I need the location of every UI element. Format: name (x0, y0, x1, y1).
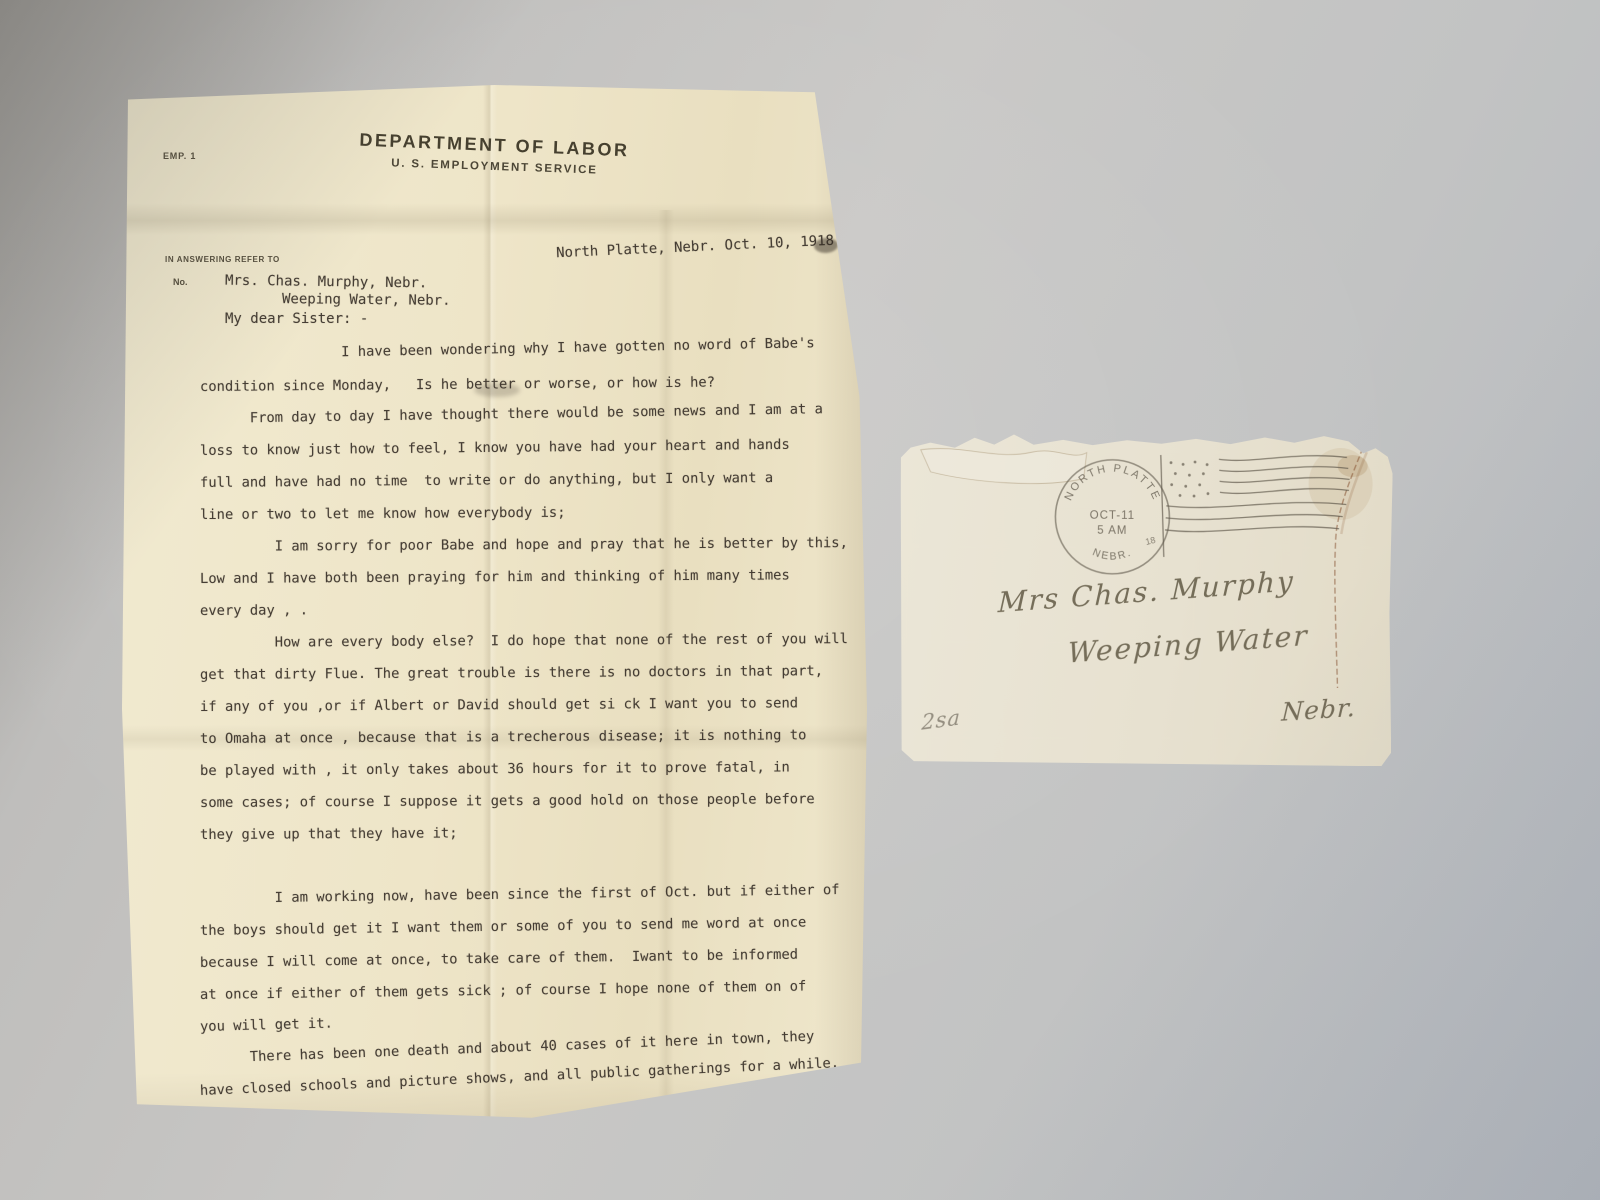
letter-line: I have been wondering why I have gotten … (200, 327, 848, 371)
letter-line: be played with , it only takes about 36 … (200, 751, 848, 787)
recipient-line-2: Weeping Water, Nebr. (282, 291, 451, 309)
envelope-address-line: Nebr. (1281, 693, 1357, 727)
letter-line: if any of you ,or if Albert or David sho… (200, 687, 848, 723)
envelope-address-line: Weeping Water (1067, 619, 1309, 670)
letter-line: How are every body else? I do hope that … (200, 623, 848, 659)
salutation: My dear Sister: - (225, 311, 368, 327)
dateline: North Platte, Nebr. Oct. 10, 1918 (556, 233, 835, 262)
photo-of-letter-and-envelope: EMP. 1 DEPARTMENT OF LABOR U. S. EMPLOYM… (0, 0, 1600, 1200)
letter-line: to Omaha at once , because that is a tre… (200, 719, 848, 755)
refer-label: IN ANSWERING REFER TO (165, 255, 280, 264)
fold-crease-horizontal (122, 203, 867, 235)
letter-body: I have been wondering why I have gotten … (200, 339, 848, 1107)
letter-line: full and have had no time to write or do… (200, 461, 848, 499)
recipient-line-1: Mrs. Chas. Murphy, Nebr. (225, 273, 428, 292)
letter-line: line or two to let me know how everybody… (200, 495, 848, 531)
envelope-address-line: Mrs Chas. Murphy (997, 564, 1295, 619)
letter-sheet: EMP. 1 DEPARTMENT OF LABOR U. S. EMPLOYM… (122, 85, 867, 1125)
envelope-address: Mrs Chas. MurphyWeeping WaterNebr. (899, 424, 1393, 767)
letter-line: get that dirty Flue. The great trouble i… (200, 655, 848, 691)
envelope: NORTH PLATTE OCT-11 5 AM 18 NEBR. (899, 424, 1393, 767)
letter-line: Low and I have both been praying for him… (200, 559, 848, 595)
letter-line: some cases; of course I suppose it gets … (200, 783, 848, 819)
letter-line: loss to know just how to feel, I know yo… (200, 428, 848, 467)
letter-line: I am sorry for poor Babe and hope and pr… (200, 527, 848, 563)
letter-line: every day , . (200, 591, 848, 627)
refer-no-label: No. (173, 277, 188, 287)
